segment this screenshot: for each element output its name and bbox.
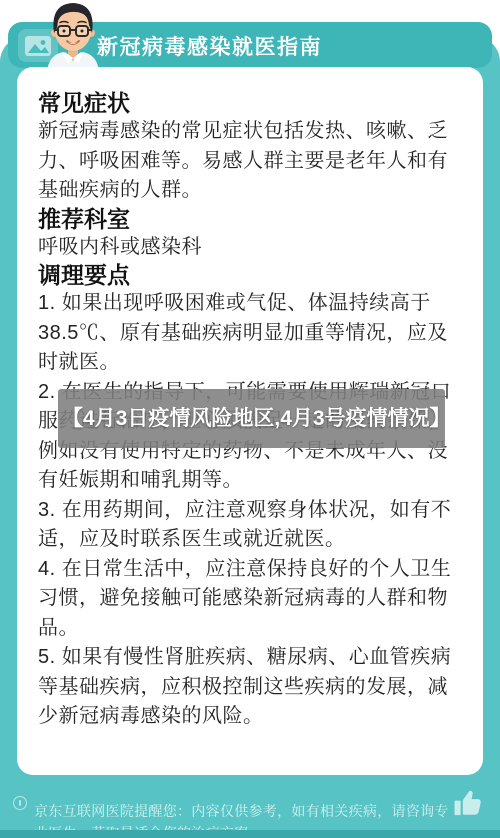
section-heading-care-points: 调理要点 [38, 262, 462, 289]
bottom-strip [0, 830, 500, 838]
thumbs-up-glyph [452, 787, 484, 819]
guide-title: 新冠病毒感染就医指南 [97, 31, 322, 61]
info-circle-icon [13, 796, 27, 810]
watermark-overlay: 【4月3日疫情风险地区,4月3号疫情情况】 [58, 389, 445, 448]
section-heading-symptoms: 常见症状 [38, 90, 462, 117]
section-text-symptoms: 新冠病毒感染的常见症状包括发热、咳嗽、乏力、呼吸困难等。易感人群主要是老年人和有… [38, 117, 462, 206]
doctor-avatar-illustration [32, 0, 114, 71]
doctor-avatar [32, 0, 114, 71]
care-point-item: 1. 如果出现呼吸困难或气促、体温持续高于38.5℃、原有基础疾病明显加重等情况… [38, 289, 462, 378]
care-point-item: 3. 在用药期间，应注意观察身体状况，如有不适，应及时联系医生或就近就医。 [38, 496, 462, 555]
thumbs-up-icon[interactable] [452, 787, 484, 819]
section-heading-department: 推荐科室 [38, 206, 462, 233]
watermark-text: 【4月3日疫情风险地区,4月3号疫情情况】 [62, 404, 441, 433]
care-point-item: 5. 如果有慢性肾脏疾病、糖尿病、心血管疾病等基础疾病，应积极控制这些疾病的发展… [38, 643, 462, 732]
care-point-item: 4. 在日常生活中，应注意保持良好的个人卫生习惯，避免接触可能感染新冠病毒的人群… [38, 555, 462, 644]
page: 新冠病毒感染就医指南 常见症状 新冠病毒感染的常见症状包括发热、咳嗽、乏力、呼吸… [0, 0, 500, 838]
section-text-department: 呼吸内科或感染科 [38, 233, 462, 263]
